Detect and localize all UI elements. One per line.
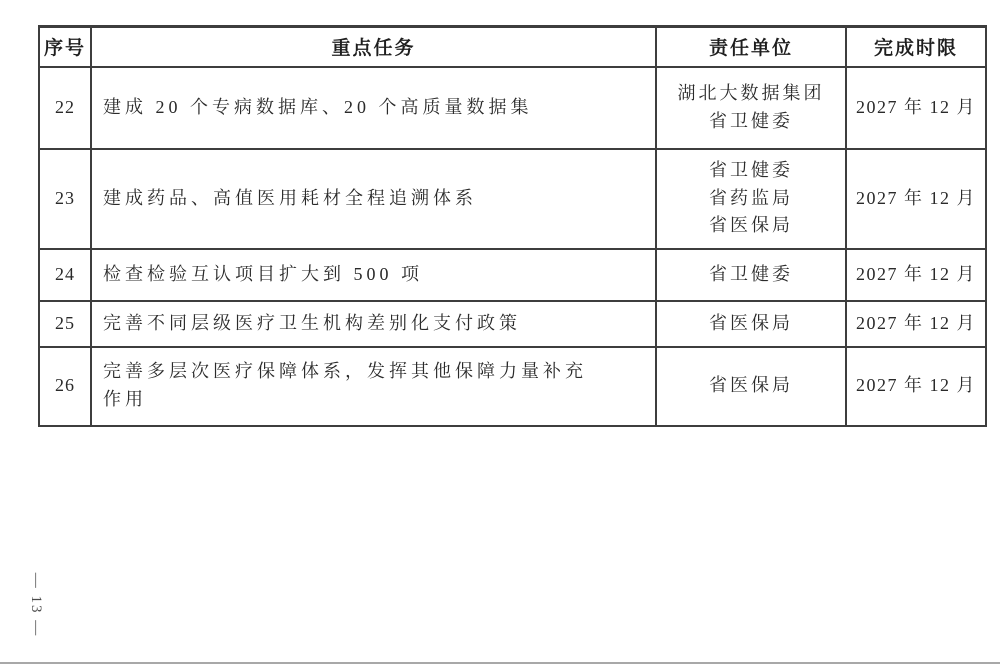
col-header-unit: 责任单位 [656, 27, 846, 67]
table-row: 22 建成 20 个专病数据库、20 个高质量数据集 湖北大数据集团 省卫健委 … [39, 67, 986, 149]
row-number-cell: 23 [39, 149, 91, 249]
document-page: 序号 重点任务 责任单位 完成时限 22 建成 20 个专病数据库、20 个高质… [0, 0, 1000, 664]
table-row: 26 完善多层次医疗保障体系，发挥其他保障力量补充 作用 省医保局 2027 年… [39, 347, 986, 426]
row-number-cell: 24 [39, 249, 91, 301]
row-number-cell: 26 [39, 347, 91, 426]
unit-cell: 省医保局 [656, 347, 846, 426]
task-cell: 检查检验互认项目扩大到 500 项 [91, 249, 656, 301]
task-cell: 建成 20 个专病数据库、20 个高质量数据集 [91, 67, 656, 149]
col-header-task: 重点任务 [91, 27, 656, 67]
task-cell: 完善多层次医疗保障体系，发挥其他保障力量补充 作用 [91, 347, 656, 426]
deadline-cell: 2027 年 12 月 [846, 249, 986, 301]
task-cell: 完善不同层级医疗卫生机构差别化支付政策 [91, 301, 656, 347]
table-row: 23 建成药品、高值医用耗材全程追溯体系 省卫健委 省药监局 省医保局 2027… [39, 149, 986, 249]
unit-cell: 省卫健委 省药监局 省医保局 [656, 149, 846, 249]
page-number: — 13 — [24, 565, 44, 645]
unit-cell: 湖北大数据集团 省卫健委 [656, 67, 846, 149]
table-row: 24 检查检验互认项目扩大到 500 项 省卫健委 2027 年 12 月 [39, 249, 986, 301]
col-header-deadline: 完成时限 [846, 27, 986, 67]
table-row: 25 完善不同层级医疗卫生机构差别化支付政策 省医保局 2027 年 12 月 [39, 301, 986, 347]
col-header-serial: 序号 [39, 27, 91, 67]
unit-cell: 省医保局 [656, 301, 846, 347]
deadline-cell: 2027 年 12 月 [846, 149, 986, 249]
row-number-cell: 22 [39, 67, 91, 149]
key-tasks-table: 序号 重点任务 责任单位 完成时限 22 建成 20 个专病数据库、20 个高质… [38, 25, 987, 427]
deadline-cell: 2027 年 12 月 [846, 347, 986, 426]
task-cell: 建成药品、高值医用耗材全程追溯体系 [91, 149, 656, 249]
row-number-cell: 25 [39, 301, 91, 347]
deadline-cell: 2027 年 12 月 [846, 67, 986, 149]
unit-cell: 省卫健委 [656, 249, 846, 301]
table-header-row: 序号 重点任务 责任单位 完成时限 [39, 27, 986, 67]
deadline-cell: 2027 年 12 月 [846, 301, 986, 347]
